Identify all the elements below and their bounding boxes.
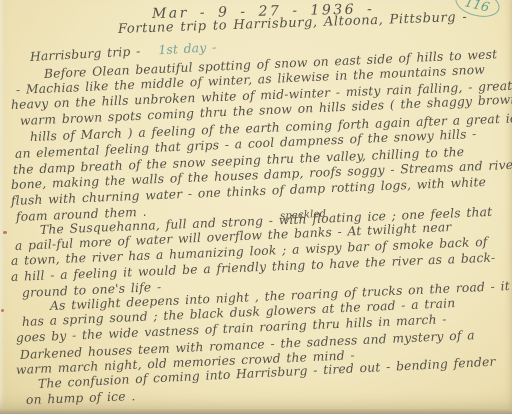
page-bottom-edge — [0, 409, 512, 414]
scanned-journal-page: Mar - 9 - 27 - 1936 - Fortune trip to Ha… — [0, 0, 512, 414]
ink-speck — [1, 309, 4, 312]
ink-speck — [3, 231, 7, 234]
